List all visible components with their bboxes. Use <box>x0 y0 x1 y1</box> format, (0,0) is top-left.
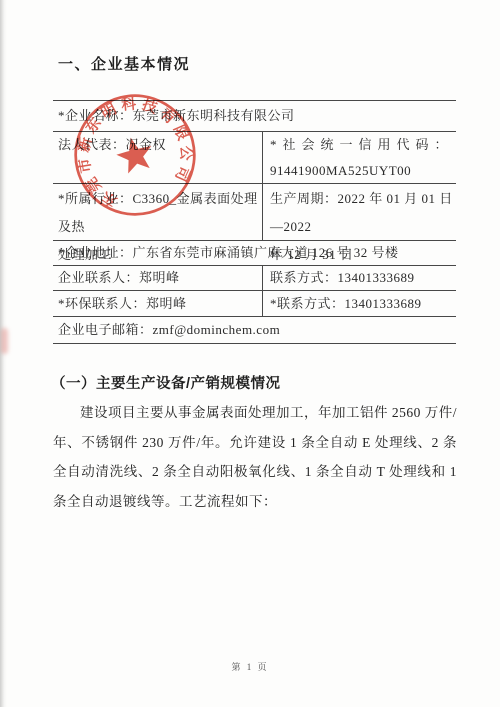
legal-representative-cell: 法人代表：况金权 <box>53 132 262 183</box>
credit-code-value: 91441900MA525UYT00 <box>270 158 456 184</box>
production-period-cell: 生产周期：2022 年 01 月 01 日—2022 年 12 月 31 日 <box>262 184 456 240</box>
scan-ink-smudge <box>1 328 8 354</box>
body-paragraph: 建设项目主要从事金属表面处理加工，年加工铝件 2560 万件/年、不锈钢件 23… <box>53 398 457 516</box>
section-title: 一、企业基本情况 <box>58 53 190 74</box>
production-period-line1: 生产周期：2022 年 01 月 01 日—2022 <box>270 185 456 241</box>
table-row-contact: 企业联系人：郑明峰 联系方式：13401333689 <box>53 266 456 291</box>
address-cell: *企业地址：广东省东莞市麻涌镇广麻大道 126 号 32 号楼 <box>53 241 399 265</box>
table-row-company-name: *企业名称：东莞市新东明科技有限公司 <box>53 101 456 132</box>
page-number-footer: 第 1 页 <box>0 660 500 673</box>
email-cell: 企业电子邮箱：zmf@dominchem.com <box>53 317 280 343</box>
env-contact-person-cell: *环保联系人：郑明峰 <box>53 291 262 316</box>
credit-code-label: *社会统一信用代码： <box>270 132 456 158</box>
table-row-env-contact: *环保联系人：郑明峰 *联系方式：13401333689 <box>53 291 456 317</box>
industry-cell: *所属行业：C3360_金属表面处理及热 处理加工 <box>53 184 262 240</box>
credit-code-cell: *社会统一信用代码： 91441900MA525UYT00 <box>262 132 456 183</box>
scan-page-edge <box>0 0 7 707</box>
table-row-email: 企业电子邮箱：zmf@dominchem.com <box>53 317 456 344</box>
contact-phone-cell: 联系方式：13401333689 <box>262 266 456 290</box>
env-contact-phone-cell: *联系方式：13401333689 <box>262 291 456 316</box>
table-row-legal-rep: 法人代表：况金权 *社会统一信用代码： 91441900MA525UYT00 <box>53 132 456 184</box>
enterprise-info-table: *企业名称：东莞市新东明科技有限公司 法人代表：况金权 *社会统一信用代码： 9… <box>53 100 456 344</box>
table-row-address: *企业地址：广东省东莞市麻涌镇广麻大道 126 号 32 号楼 <box>53 241 456 266</box>
table-row-industry: *所属行业：C3360_金属表面处理及热 处理加工 生产周期：2022 年 01… <box>53 184 456 241</box>
contact-person-cell: 企业联系人：郑明峰 <box>53 266 262 290</box>
company-name-cell: *企业名称：东莞市新东明科技有限公司 <box>53 101 295 131</box>
subsection-heading: （一）主要生产设备/产销规模情况 <box>51 372 281 393</box>
industry-line1: *所属行业：C3360_金属表面处理及热 <box>58 185 262 241</box>
